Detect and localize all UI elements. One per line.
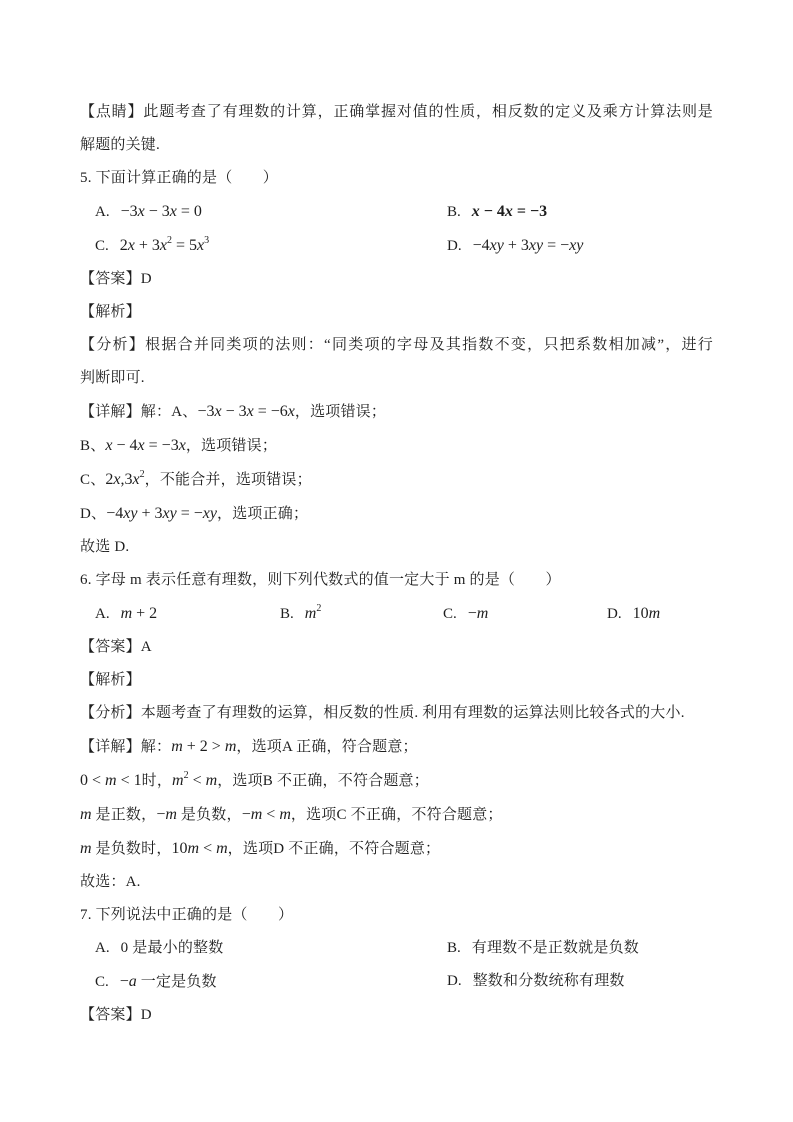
- text-run: 判断即可.: [80, 370, 145, 386]
- question-6-options-row: A.m + 2B.m2C.−mD.10m: [80, 597, 713, 631]
- math-expression: −m: [468, 605, 489, 622]
- option-B: B.x − 4x = −3: [447, 195, 713, 229]
- text-run: 【分析】本题考查了有理数的运算，相反数的性质. 利用有理数的运算法则比较各式的大…: [80, 705, 685, 721]
- text-run: 故选 D.: [80, 539, 129, 555]
- text-run: 一定是负数: [137, 974, 217, 990]
- math-expression: 0 < m < 1: [80, 772, 142, 789]
- text-run: ，选项错误；: [186, 438, 277, 454]
- text-run: 【答案】D: [80, 1007, 152, 1023]
- question-5-options-row: C.2x + 3x2 = 5x3D.−4xy + 3xy = −xy: [80, 229, 713, 263]
- text-run: 是正数，: [92, 807, 157, 823]
- text-run: ，选项B 不正确，不符合题意；: [217, 773, 429, 789]
- option-label: C.: [95, 238, 109, 254]
- text-run: 故选：A.: [80, 874, 141, 890]
- text-run: 有理数不是正数就是负数: [472, 940, 639, 956]
- math-expression: −3x − 3x = 0: [121, 203, 202, 220]
- text-run: B、: [80, 438, 105, 454]
- text-run: 【详解】解：: [80, 739, 171, 755]
- conclusion-line: 故选：A.: [80, 866, 713, 899]
- text-run: 【解析】: [80, 672, 141, 688]
- detail-line: m 是正数，−m 是负数，−m < m，选项C 不正确，不符合题意；: [80, 798, 713, 832]
- question-6-stem: 6. 字母 m 表示任意有理数，则下列代数式的值一定大于 m 的是（ ）: [80, 564, 713, 597]
- text-run: ，选项正确；: [217, 506, 308, 522]
- option-B: B.m2: [280, 597, 443, 631]
- answer-line-q5: 【答案】D: [80, 263, 713, 296]
- answer-line-q6: 【答案】A: [80, 631, 713, 664]
- math-expression: m: [80, 840, 92, 857]
- option-label: A.: [95, 606, 110, 622]
- math-expression: m + 2 > m: [171, 738, 236, 755]
- option-label: B.: [447, 204, 461, 220]
- text-run: C、: [80, 472, 105, 488]
- text-run: ，选项C 不正确，不符合题意；: [291, 807, 503, 823]
- detail-line: 0 < m < 1时，m2 < m，选项B 不正确，不符合题意；: [80, 764, 713, 798]
- math-expression: −m < m: [242, 806, 291, 823]
- math-expression: m2: [305, 605, 322, 622]
- math-expression: −3x − 3x = −6x: [197, 403, 294, 420]
- option-A: A.−3x − 3x = 0: [95, 195, 447, 229]
- option-C: C.−a 一定是负数: [95, 965, 447, 999]
- question-7-options-row: A.0 是最小的整数B.有理数不是正数就是负数: [80, 932, 713, 965]
- math-expression: m: [80, 806, 92, 823]
- option-label: D.: [447, 973, 462, 989]
- option-A: A.m + 2: [95, 597, 280, 631]
- option-C: C.2x + 3x2 = 5x3: [95, 229, 447, 263]
- text-run: 0 是最小的整数: [121, 940, 224, 956]
- detail-line: D、−4xy + 3xy = −xy，选项正确；: [80, 497, 713, 531]
- question-7-options-row: C.−a 一定是负数D.整数和分数统称有理数: [80, 965, 713, 999]
- question-7-stem: 7. 下列说法中正确的是（ ）: [80, 899, 713, 932]
- math-expression: m2 < m: [172, 772, 217, 789]
- text-run: ，选项A 正确，符合题意；: [236, 739, 417, 755]
- remark-paragraph: 【点睛】此题考查了有理数的计算，正确掌握对值的性质，相反数的定义及乘方计算法则是: [80, 96, 713, 129]
- option-label: B.: [447, 940, 461, 956]
- text-run: 【答案】D: [80, 271, 152, 287]
- detail-line: m 是负数时，10m < m，选项D 不正确，不符合题意；: [80, 832, 713, 866]
- text-run: 【点睛】此题考查了有理数的计算，正确掌握对值的性质，相反数的定义及乘方计算法则是: [80, 104, 713, 120]
- option-label: B.: [280, 606, 294, 622]
- answer-line-q7: 【答案】D: [80, 999, 713, 1032]
- text-run: 【详解】解：A、: [80, 404, 197, 420]
- option-label: C.: [443, 606, 457, 622]
- text-run: 解题的关键.: [80, 137, 160, 153]
- detail-line: 【详解】解：m + 2 > m，选项A 正确，符合题意；: [80, 730, 713, 764]
- math-expression: 2x,3x2: [105, 471, 144, 488]
- math-expression: x − 4x = −3x: [105, 437, 185, 454]
- option-C: C.−m: [443, 597, 607, 631]
- option-label: D.: [607, 606, 622, 622]
- exam-document-page: 【点睛】此题考查了有理数的计算，正确掌握对值的性质，相反数的定义及乘方计算法则是…: [0, 0, 793, 1122]
- text-run: 是负数，: [177, 807, 242, 823]
- option-label: A.: [95, 940, 110, 956]
- math-expression: −a: [120, 973, 137, 990]
- text-run: 5. 下面计算正确的是（ ）: [80, 170, 278, 186]
- math-expression: x − 4x = −3: [472, 203, 547, 220]
- analysis-header: 【解析】: [80, 296, 713, 329]
- math-expression: 10m: [633, 605, 661, 622]
- detail-line: C、2x,3x2，不能合并，选项错误；: [80, 463, 713, 497]
- text-run: 【答案】A: [80, 639, 152, 655]
- option-label: C.: [95, 974, 109, 990]
- question-5-stem: 5. 下面计算正确的是（ ）: [80, 162, 713, 195]
- text-run: 整数和分数统称有理数: [473, 973, 625, 989]
- analysis-paragraph: 【分析】根据合并同类项的法则：“同类项的字母及其指数不变，只把系数相加减”，进行: [80, 329, 713, 362]
- option-A: A.0 是最小的整数: [95, 932, 447, 965]
- text-run: 【分析】根据合并同类项的法则：“同类项的字母及其指数不变，只把系数相加减”，进行: [80, 337, 713, 353]
- text-run: 6. 字母 m 表示任意有理数，则下列代数式的值一定大于 m 的是（ ）: [80, 572, 561, 588]
- text-run: ，选项错误；: [295, 404, 386, 420]
- detail-line: B、x − 4x = −3x，选项错误；: [80, 429, 713, 463]
- text-run: 【解析】: [80, 304, 141, 320]
- document-body: 【点睛】此题考查了有理数的计算，正确掌握对值的性质，相反数的定义及乘方计算法则是…: [80, 0, 713, 1032]
- option-label: D.: [447, 238, 462, 254]
- analysis-paragraph: 判断即可.: [80, 362, 713, 395]
- text-run: 7. 下列说法中正确的是（ ）: [80, 907, 293, 923]
- option-D: D.10m: [607, 597, 713, 631]
- text-run: ，选项D 不正确，不符合题意；: [228, 841, 441, 857]
- math-expression: −4xy + 3xy = −xy: [106, 505, 217, 522]
- option-label: A.: [95, 204, 110, 220]
- remark-paragraph: 解题的关键.: [80, 129, 713, 162]
- option-D: D.−4xy + 3xy = −xy: [447, 229, 713, 263]
- analysis-paragraph: 【分析】本题考查了有理数的运算，相反数的性质. 利用有理数的运算法则比较各式的大…: [80, 697, 713, 730]
- question-5-options-row: A.−3x − 3x = 0B.x − 4x = −3: [80, 195, 713, 229]
- math-expression: −m: [156, 806, 177, 823]
- math-expression: 10m < m: [172, 840, 228, 857]
- text-run: 时，: [142, 773, 172, 789]
- math-expression: m + 2: [121, 605, 158, 622]
- text-run: ，不能合并，选项错误；: [145, 472, 312, 488]
- text-run: 是负数时，: [92, 841, 172, 857]
- detail-line: 【详解】解：A、−3x − 3x = −6x，选项错误；: [80, 395, 713, 429]
- analysis-header: 【解析】: [80, 664, 713, 697]
- option-D: D.整数和分数统称有理数: [447, 965, 713, 999]
- math-expression: 2x + 3x2 = 5x3: [120, 237, 209, 254]
- text-run: D、: [80, 506, 106, 522]
- option-B: B.有理数不是正数就是负数: [447, 932, 713, 965]
- conclusion-line: 故选 D.: [80, 531, 713, 564]
- math-expression: −4xy + 3xy = −xy: [473, 237, 584, 254]
